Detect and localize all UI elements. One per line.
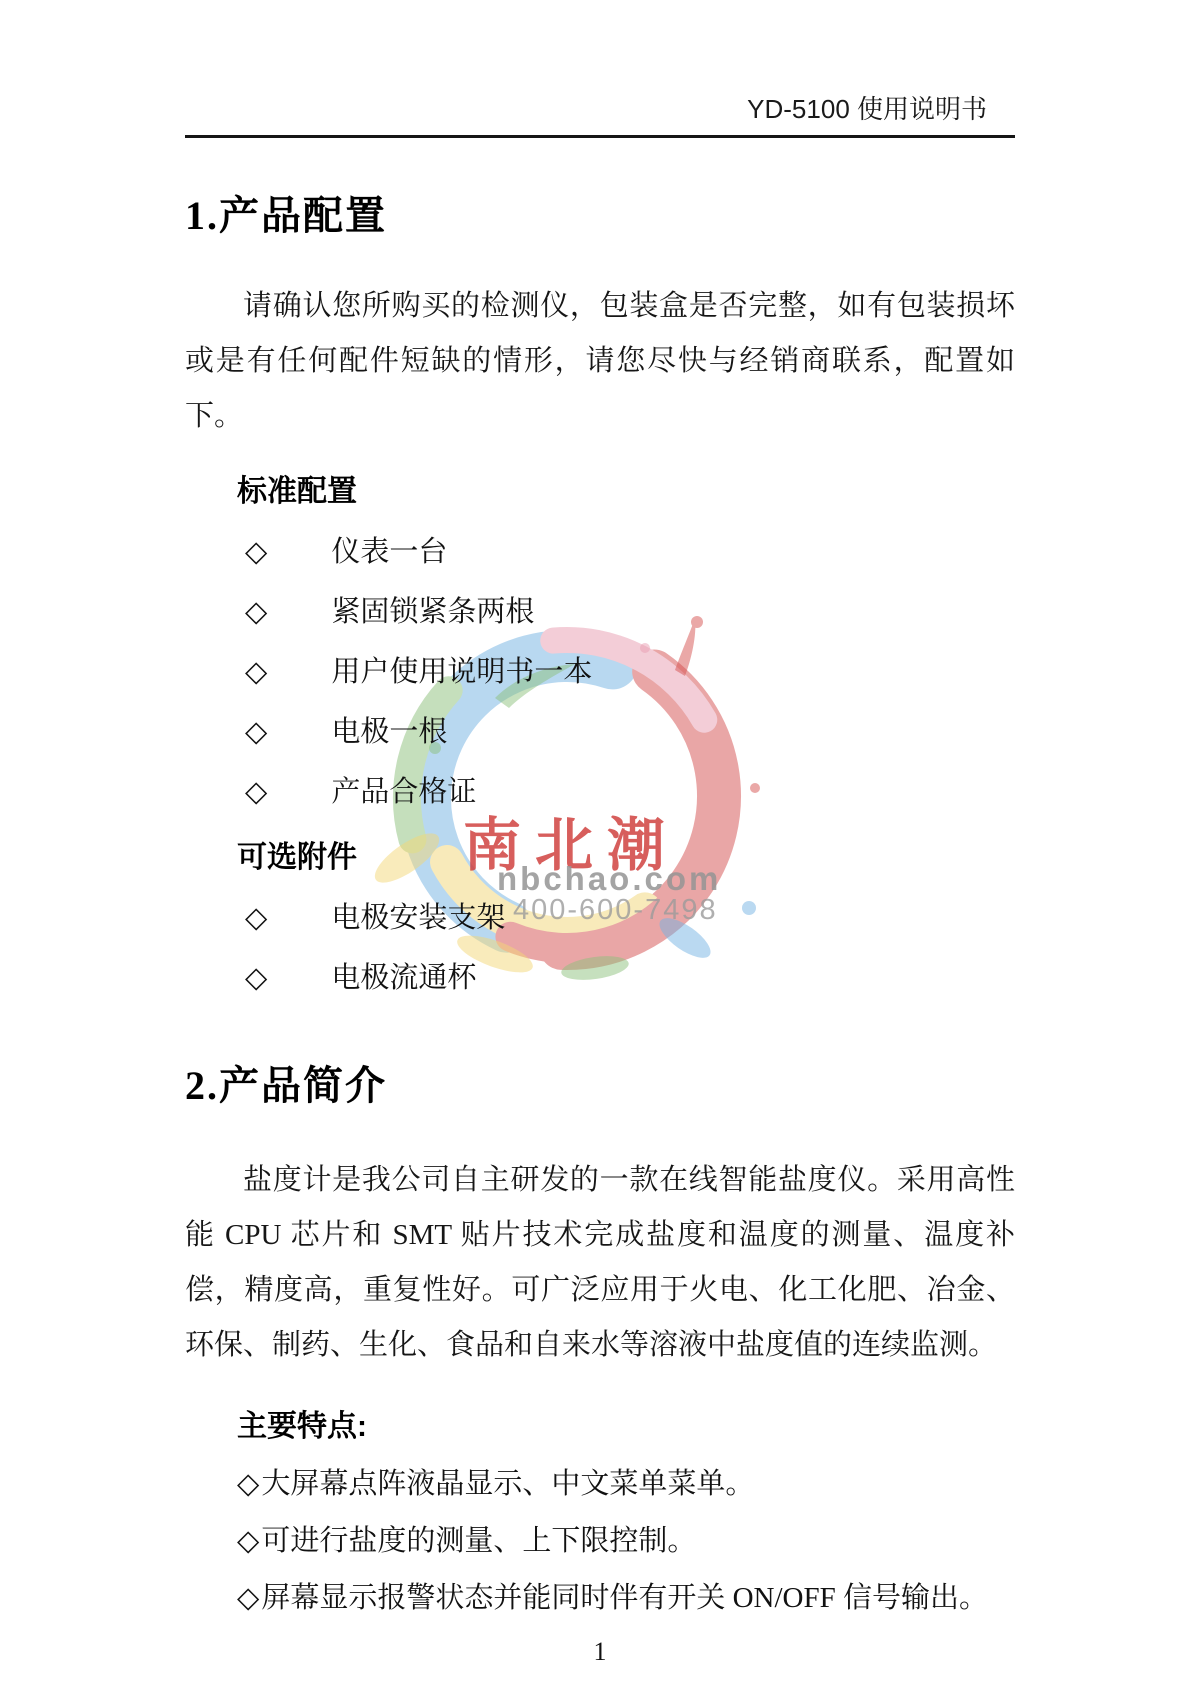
list-item: ◇ 用户使用说明书一本 [245, 654, 1015, 690]
feature-item-text: 大屏幕点阵液晶显示、中文菜单菜单。 [261, 1467, 754, 1502]
header-rule [185, 135, 1015, 138]
diamond-bullet-icon: ◇ [245, 960, 267, 995]
feature-item-text: 屏幕显示报警状态并能同时伴有开关 ON/OFF 信号输出。 [261, 1581, 988, 1616]
diamond-bullet-icon: ◇ [237, 1523, 259, 1558]
diamond-bullet-icon: ◇ [245, 714, 267, 749]
list-item: ◇ 仪表一台 [245, 534, 1015, 570]
main-features-label: 主要特点: [237, 1401, 1015, 1445]
diamond-bullet-icon: ◇ [245, 900, 267, 935]
list-item: ◇ 产品合格证 [245, 774, 1015, 810]
list-item: ◇ 电极一根 [245, 714, 1015, 750]
feature-item: ◇ 可进行盐度的测量、上下限控制。 [237, 1523, 1015, 1559]
page-header: YD-5100 使用说明书 [185, 92, 1015, 138]
section-1-heading: 1.产品配置 [185, 184, 1015, 241]
diamond-bullet-icon: ◇ [245, 534, 267, 569]
diamond-bullet-icon: ◇ [245, 594, 267, 629]
list-item-text: 电极流通杯 [331, 961, 476, 996]
section-2-paragraph: 盐度计是我公司自主研发的一款在线智能盐度仪。采用高性能 CPU 芯片和 SMT … [185, 1153, 1015, 1373]
list-item-text: 用户使用说明书一本 [331, 655, 592, 690]
list-item-text: 电极一根 [331, 715, 447, 750]
section-1-paragraph: 请确认您所购买的检测仪，包装盒是否完整，如有包装损坏或是有任何配件短缺的情形，请… [185, 279, 1015, 444]
optional-accessories-label: 可选附件 [237, 832, 1015, 876]
diamond-bullet-icon: ◇ [237, 1466, 259, 1501]
diamond-bullet-icon: ◇ [245, 774, 267, 809]
list-item: ◇ 紧固锁紧条两根 [245, 594, 1015, 630]
feature-item: ◇ 大屏幕点阵液晶显示、中文菜单菜单。 [237, 1466, 1015, 1502]
manual-page: YD-5100 使用说明书 [0, 0, 1200, 1697]
optional-accessories-list: ◇ 电极安装支架 ◇ 电极流通杯 [185, 900, 1015, 996]
feature-item-text: 可进行盐度的测量、上下限控制。 [261, 1524, 696, 1559]
list-item-text: 紧固锁紧条两根 [331, 595, 534, 630]
feature-item: ◇ 屏幕显示报警状态并能同时伴有开关 ON/OFF 信号输出。 [237, 1580, 1015, 1616]
list-item-text: 电极安装支架 [331, 901, 505, 936]
page-number: 1 [594, 1637, 607, 1666]
diamond-bullet-icon: ◇ [245, 654, 267, 689]
list-item-text: 产品合格证 [331, 775, 476, 810]
list-item: ◇ 电极安装支架 [245, 900, 1015, 936]
standard-config-label: 标准配置 [237, 466, 1015, 510]
page-footer: 1 [0, 1637, 1200, 1667]
header-title: YD-5100 使用说明书 [185, 92, 1015, 126]
list-item-text: 仪表一台 [331, 535, 447, 570]
diamond-bullet-icon: ◇ [237, 1580, 259, 1615]
standard-config-list: ◇ 仪表一台 ◇ 紧固锁紧条两根 ◇ 用户使用说明书一本 ◇ 电极一根 ◇ 产品… [185, 534, 1015, 810]
list-item: ◇ 电极流通杯 [245, 960, 1015, 996]
section-2-heading: 2.产品简介 [185, 1054, 1015, 1111]
page-content: 1.产品配置 请确认您所购买的检测仪，包装盒是否完整，如有包装损坏或是有任何配件… [185, 140, 1015, 1616]
